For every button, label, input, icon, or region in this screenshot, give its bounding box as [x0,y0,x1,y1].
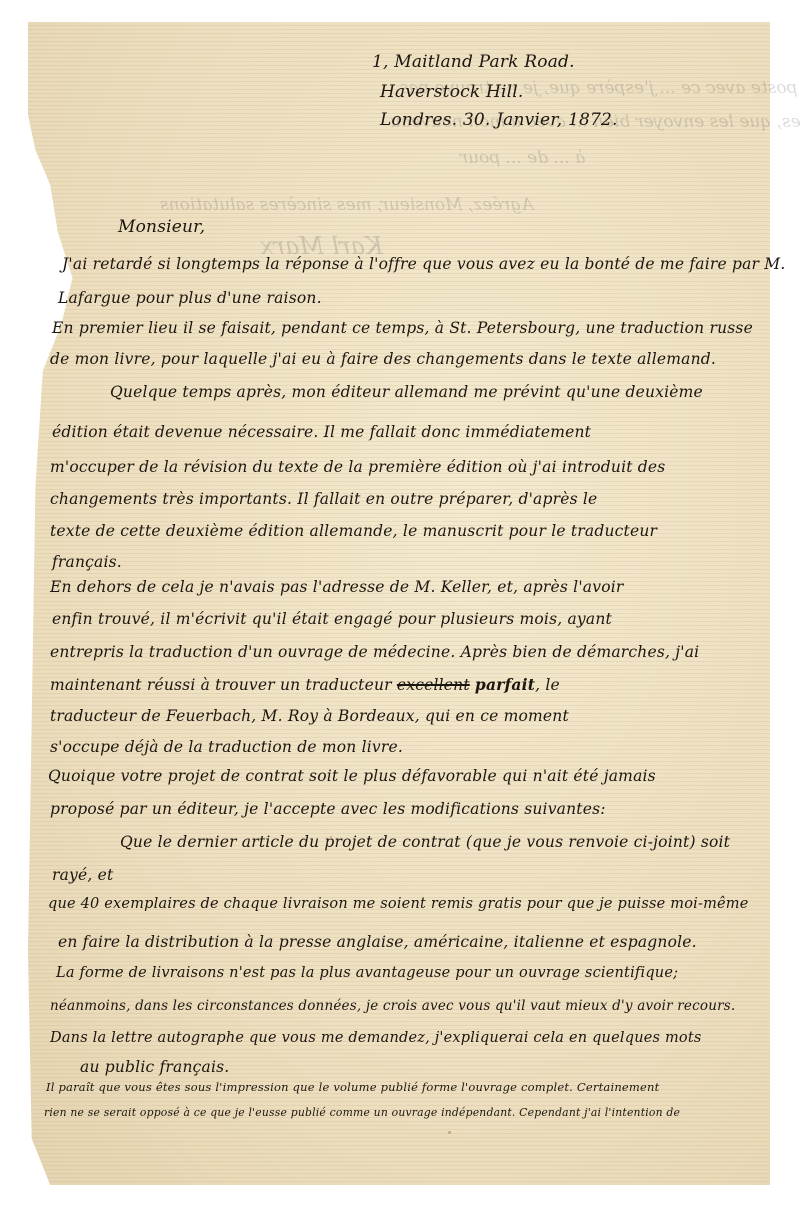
letter-line-text: maintenant réussi à trouver un traducteu… [50,676,392,694]
letter-line: En dehors de cela je n'avais pas l'adres… [50,578,624,596]
letter-line: enfin trouvé, il m'écrivit qu'il était e… [52,610,612,628]
letter-line: de mon livre, pour laquelle j'ai eu à fa… [50,350,716,368]
paper-speck [330,836,332,838]
salutation: Monsieur, [118,217,205,237]
letter-line: que 40 exemplaires de chaque livraison m… [48,896,749,912]
crossed-out-word: excellent [397,676,470,694]
letter-line: au public français. [80,1058,229,1076]
letter-line: traducteur de Feuerbach, M. Roy à Bordea… [50,707,569,725]
letter-line: En premier lieu il se faisait, pendant c… [52,319,753,337]
letter-line: s'occupe déjà de la traduction de mon li… [50,738,403,756]
letter-line: Que le dernier article du projet de cont… [120,833,730,851]
letter-line: rayé, et [52,866,113,884]
letter-line: néanmoins, dans les circonstances donnée… [50,998,735,1014]
address-line-date: Londres. 30. Janvier, 1872. [380,110,618,130]
letter-line: Dans la lettre autographe que vous me de… [50,1030,702,1046]
bleed-through-line: Agréez, Monsieur, mes sincères salutatio… [160,195,534,215]
letter-line: La forme de livraisons n'est pas la plus… [56,965,678,981]
bleed-through-line: à ... de ... pour [460,148,585,168]
address-line-district: Haverstock Hill. [380,82,524,102]
letter-line: édition était devenue nécessaire. Il me … [52,423,591,441]
letter-line-end: , le [535,676,560,694]
letter-line: Lafargue pour plus d'une raison. [58,289,322,307]
emphasized-word: parfait [475,675,535,694]
continuation-line: Il paraît que vous êtes sous l'impressio… [46,1080,659,1094]
letter-line: en faire la distribution à la presse ang… [58,933,697,951]
paper-speck [448,1131,451,1134]
letter-line: Quoique votre projet de contrat soit le … [48,767,656,785]
letter-line: proposé par un éditeur, je l'accepte ave… [50,800,606,818]
letter-line: entrepris la traduction d'un ouvrage de … [50,643,699,661]
letter-line: texte de cette deuxième édition allemand… [50,522,657,540]
letter-line: m'occuper de la révision du texte de la … [50,458,665,476]
continuation-line: rien ne se serait opposé à ce que je l'e… [44,1106,680,1119]
letter-line: français. [52,553,122,571]
letter-line: Quelque temps après, mon éditeur alleman… [110,383,703,401]
letter-line: maintenant réussi à trouver un traducteu… [50,675,560,694]
letter-line: changements très importants. Il fallait … [50,490,597,508]
letter-line: J'ai retardé si longtemps la réponse à l… [62,255,785,273]
address-line-street: 1, Maitland Park Road. [372,52,575,72]
